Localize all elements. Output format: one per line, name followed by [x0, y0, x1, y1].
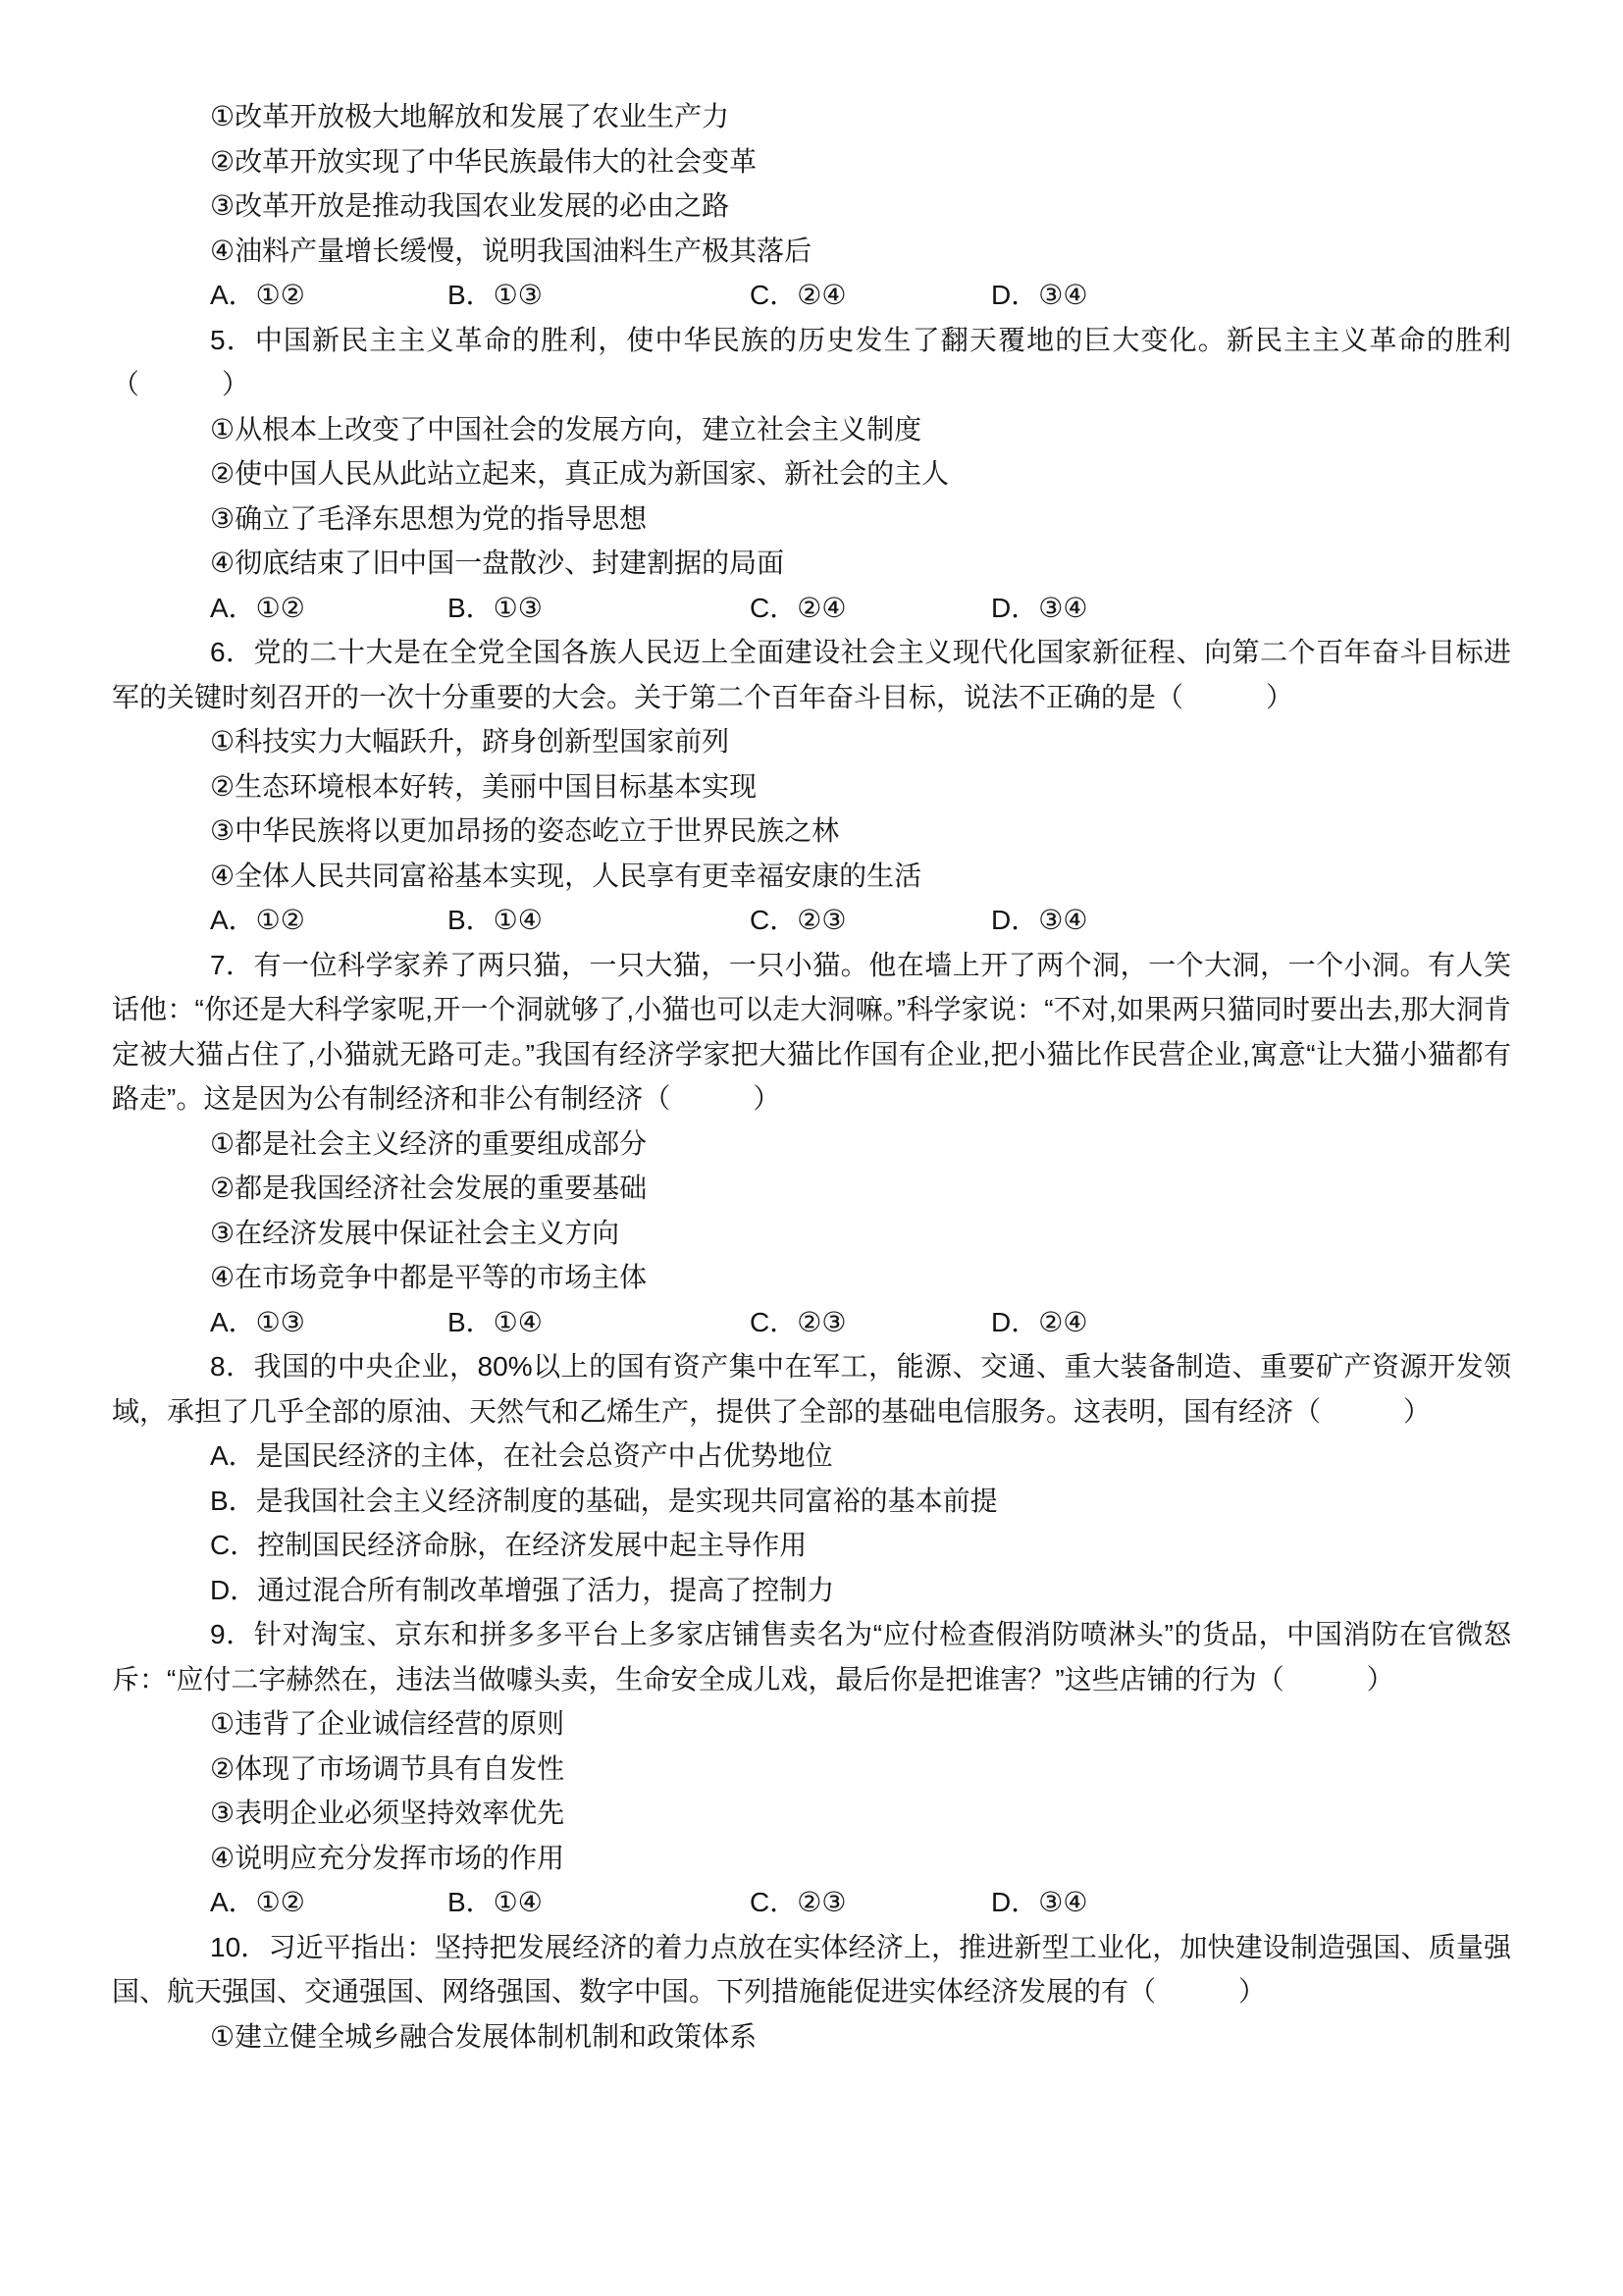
q5-option-2: ②使中国人民从此站立起来，真正成为新国家、新社会的主人 — [112, 451, 1511, 496]
question-10: 10．习近平指出：坚持把发展经济的着力点放在实体经济上，推进新型工业化，加快建设… — [112, 1925, 1511, 2060]
q6-answer-b: B．①④ — [447, 898, 750, 943]
q6-answer-c: C．②③ — [750, 898, 991, 943]
q6-option-1: ①科技实力大幅跃升，跻身创新型国家前列 — [112, 719, 1511, 764]
q5-stem: 5．中国新民主主义革命的胜利，使中华民族的历史发生了翻天覆地的巨大变化。新民主主… — [112, 318, 1511, 407]
q8-option-d: D．通过混合所有制改革增强了活力，提高了控制力 — [112, 1568, 1511, 1613]
question-4: ①改革开放极大地解放和发展了农业生产力 ②改革开放实现了中华民族最伟大的社会变革… — [112, 94, 1511, 318]
exam-content: ①改革开放极大地解放和发展了农业生产力 ②改革开放实现了中华民族最伟大的社会变革… — [0, 0, 1623, 2059]
q7-answer-row: A．①③B．①④C．②③D．②④ — [112, 1300, 1511, 1345]
q7-option-3: ③在经济发展中保证社会主义方向 — [112, 1211, 1511, 1256]
q6-option-3: ③中华民族将以更加昂扬的姿态屹立于世界民族之林 — [112, 809, 1511, 854]
q4-answer-a: A．①② — [210, 273, 447, 318]
q5-option-1: ①从根本上改变了中国社会的发展方向，建立社会主义制度 — [112, 407, 1511, 452]
q10-option-1: ①建立健全城乡融合发展体制机制和政策体系 — [112, 2014, 1511, 2060]
q5-option-4: ④彻底结束了旧中国一盘散沙、封建割据的局面 — [112, 541, 1511, 586]
q10-stem: 10．习近平指出：坚持把发展经济的着力点放在实体经济上，推进新型工业化，加快建设… — [112, 1925, 1511, 2014]
q4-option-2: ②改革开放实现了中华民族最伟大的社会变革 — [112, 139, 1511, 184]
q8-stem: 8．我国的中央企业，80%以上的国有资产集中在军工，能源、交通、重大装备制造、重… — [112, 1344, 1511, 1434]
q6-stem: 6．党的二十大是在全党全国各族人民迈上全面建设社会主义现代化国家新征程、向第二个… — [112, 630, 1511, 719]
question-5: 5．中国新民主主义革命的胜利，使中华民族的历史发生了翻天覆地的巨大变化。新民主主… — [112, 318, 1511, 631]
q6-answer-a: A．①② — [210, 898, 447, 943]
q4-option-3: ③改革开放是推动我国农业发展的必由之路 — [112, 183, 1511, 229]
q6-option-4: ④全体人民共同富裕基本实现，人民享有更幸福安康的生活 — [112, 854, 1511, 899]
q8-option-a: A．是国民经济的主体，在社会总资产中占优势地位 — [112, 1434, 1511, 1479]
q7-option-2: ②都是我国经济社会发展的重要基础 — [112, 1166, 1511, 1211]
q9-answer-d: D．③④ — [991, 1880, 1087, 1925]
q6-answer-d: D．③④ — [991, 898, 1087, 943]
q9-option-3: ③表明企业必须坚持效率优先 — [112, 1791, 1511, 1836]
q9-answer-row: A．①②B．①④C．②③D．③④ — [112, 1880, 1511, 1925]
q9-option-4: ④说明应充分发挥市场的作用 — [112, 1836, 1511, 1881]
q8-option-b: B．是我国社会主义经济制度的基础，是实现共同富裕的基本前提 — [112, 1479, 1511, 1524]
q5-answer-d: D．③④ — [991, 586, 1087, 631]
q6-answer-row: A．①②B．①④C．②③D．③④ — [112, 898, 1511, 943]
q9-stem: 9．针对淘宝、京东和拼多多平台上多家店铺售卖名为“应付检查假消防喷淋头”的货品，… — [112, 1612, 1511, 1701]
question-6: 6．党的二十大是在全党全国各族人民迈上全面建设社会主义现代化国家新征程、向第二个… — [112, 630, 1511, 943]
question-9: 9．针对淘宝、京东和拼多多平台上多家店铺售卖名为“应付检查假消防喷淋头”的货品，… — [112, 1612, 1511, 1925]
exam-page: ①改革开放极大地解放和发展了农业生产力 ②改革开放实现了中华民族最伟大的社会变革… — [0, 0, 1623, 2296]
q5-answer-b: B．①③ — [447, 586, 750, 631]
q5-answer-c: C．②④ — [750, 586, 991, 631]
q7-option-4: ④在市场竞争中都是平等的市场主体 — [112, 1255, 1511, 1300]
q7-stem: 7．有一位科学家养了两只猫，一只大猫，一只小猫。他在墙上开了两个洞，一个大洞，一… — [112, 943, 1511, 1122]
q9-option-1: ①违背了企业诚信经营的原则 — [112, 1701, 1511, 1747]
q4-answer-b: B．①③ — [447, 273, 750, 318]
question-7: 7．有一位科学家养了两只猫，一只大猫，一只小猫。他在墙上开了两个洞，一个大洞，一… — [112, 943, 1511, 1345]
q9-answer-c: C．②③ — [750, 1880, 991, 1925]
q5-answer-row: A．①②B．①③C．②④D．③④ — [112, 586, 1511, 631]
q8-option-c: C．控制国民经济命脉，在经济发展中起主导作用 — [112, 1523, 1511, 1568]
q7-answer-c: C．②③ — [750, 1300, 991, 1345]
q7-answer-b: B．①④ — [447, 1300, 750, 1345]
q5-option-3: ③确立了毛泽东思想为党的指导思想 — [112, 496, 1511, 542]
q7-answer-a: A．①③ — [210, 1300, 447, 1345]
q4-answer-c: C．②④ — [750, 273, 991, 318]
q9-answer-b: B．①④ — [447, 1880, 750, 1925]
q7-option-1: ①都是社会主义经济的重要组成部分 — [112, 1122, 1511, 1167]
q5-answer-a: A．①② — [210, 586, 447, 631]
q4-option-1: ①改革开放极大地解放和发展了农业生产力 — [112, 94, 1511, 139]
q9-option-2: ②体现了市场调节具有自发性 — [112, 1747, 1511, 1792]
q4-answer-row: A．①②B．①③C．②④D．③④ — [112, 273, 1511, 318]
q4-answer-d: D．③④ — [991, 273, 1087, 318]
q6-option-2: ②生态环境根本好转，美丽中国目标基本实现 — [112, 764, 1511, 809]
q4-option-4: ④油料产量增长缓慢，说明我国油料生产极其落后 — [112, 229, 1511, 274]
q7-answer-d: D．②④ — [991, 1300, 1087, 1345]
question-8: 8．我国的中央企业，80%以上的国有资产集中在军工，能源、交通、重大装备制造、重… — [112, 1344, 1511, 1612]
q9-answer-a: A．①② — [210, 1880, 447, 1925]
